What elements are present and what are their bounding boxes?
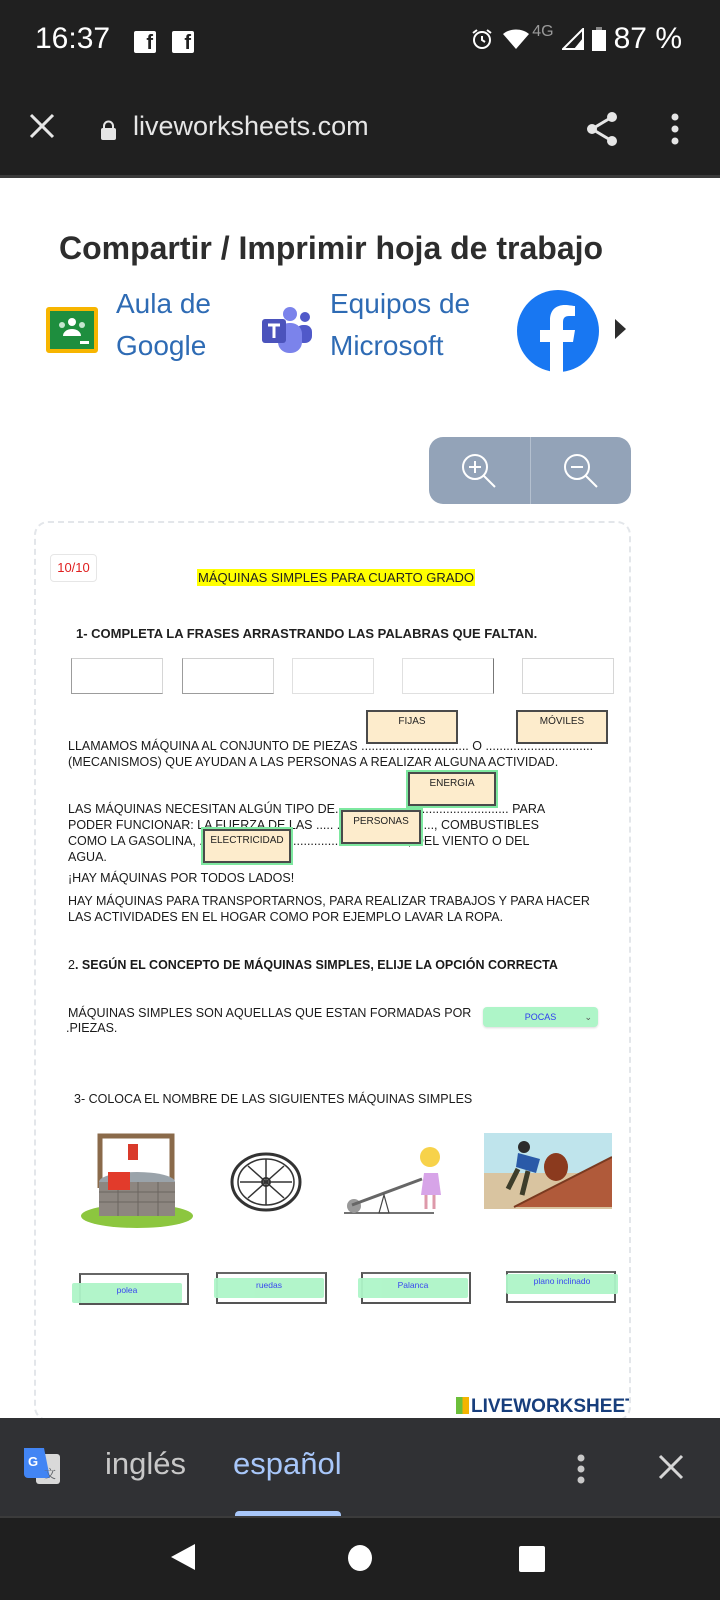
url-text[interactable]: liveworksheets.com	[133, 111, 369, 142]
liveworksheets-logo: LIVEWORKSHEET	[456, 1396, 631, 1418]
q2-number: 2	[68, 958, 75, 972]
browser-toolbar: liveworksheets.com	[0, 84, 720, 178]
word-chip-personas[interactable]: PERSONAS	[341, 810, 421, 844]
google-classroom-icon	[46, 307, 98, 353]
lever-image	[344, 1143, 449, 1218]
android-navigation-bar	[0, 1516, 720, 1600]
drop-slot[interactable]	[292, 658, 374, 694]
q1-paragraph-4-line-2: LAS ACTIVIDADES EN EL HOGAR COMO POR EJE…	[68, 909, 503, 925]
share-title: Compartir / Imprimir hoja de trabajo	[0, 230, 662, 267]
scroll-right-arrow-icon[interactable]	[615, 319, 626, 339]
q1-paragraph-2-line-3: COMO LA GASOLINA, ......................…	[68, 833, 529, 849]
source-language-tab[interactable]: inglés	[105, 1446, 186, 1482]
question-2-heading: 2. SEGÚN EL CONCEPTO DE MÁQUINAS SIMPLES…	[68, 957, 558, 973]
q2-sentence-line-1: MÁQUINAS SIMPLES SON AQUELLAS QUE ESTAN …	[68, 1005, 471, 1021]
zoom-in-button[interactable]	[429, 437, 530, 504]
microsoft-teams-icon	[262, 305, 314, 355]
google-classroom-label-2[interactable]: Google	[116, 325, 206, 367]
word-chip-electricidad[interactable]: ELECTRICIDAD	[203, 829, 291, 863]
facebook-share-button[interactable]	[517, 290, 599, 372]
drop-slot[interactable]	[402, 658, 494, 694]
zoom-out-icon	[561, 451, 601, 491]
liveworksheets-logo-icon	[456, 1397, 469, 1414]
q1-paragraph-1-line-2: (MECANISMOS) QUE AYUDAN A LAS PERSONAS A…	[68, 754, 558, 770]
status-icons: 4G 87 %	[470, 22, 682, 56]
network-type: 4G	[532, 23, 553, 41]
drop-slot[interactable]	[522, 658, 614, 694]
more-options-icon[interactable]	[670, 112, 680, 146]
answer-plano-inclinado[interactable]: plano inclinado	[506, 1274, 618, 1294]
zoom-in-icon	[459, 451, 499, 491]
battery-icon	[592, 27, 606, 51]
question-3-heading: 3- COLOCA EL NOMBRE DE LAS SIGUIENTES MÁ…	[74, 1091, 472, 1107]
battery-percent: 87 %	[614, 22, 682, 56]
question-1-heading: 1- COMPLETA LA FRASES ARRASTRANDO LAS PA…	[76, 626, 537, 641]
inclined-plane-image	[484, 1133, 612, 1209]
answer-polea[interactable]: polea	[72, 1283, 182, 1303]
liveworksheets-logo-text: LIVEWORKSHEET	[471, 1396, 631, 1417]
target-language-tab[interactable]: español	[233, 1446, 342, 1482]
alarm-icon	[470, 27, 494, 51]
q1-paragraph-2-line-4: AGUA.	[68, 849, 107, 865]
q1-paragraph-2-line-2: PODER FUNCIONAR: LA FUERZA DE LAS ..... …	[68, 817, 539, 833]
worksheet-title: MÁQUINAS SIMPLES PARA CUARTO GRADO	[36, 570, 631, 585]
svg-text:G: G	[28, 1454, 38, 1469]
share-icon[interactable]	[584, 110, 620, 148]
status-bar: 16:37 f f 4G 87 %	[0, 0, 720, 84]
word-chip-energia[interactable]: ENERGIA	[408, 772, 496, 806]
close-icon[interactable]	[656, 1452, 686, 1482]
chevron-down-icon: ⌄	[584, 1007, 592, 1027]
answer-palanca[interactable]: Palanca	[358, 1278, 468, 1298]
screen: 16:37 f f 4G 87 % liveworksheets.com Com…	[0, 0, 720, 1600]
wheel-image	[226, 1147, 306, 1217]
q1-paragraph-3: ¡HAY MÁQUINAS POR TODOS LADOS!	[68, 870, 294, 886]
lock-icon	[100, 120, 117, 140]
answer-dropdown[interactable]: POCAS⌄	[483, 1007, 598, 1027]
home-icon[interactable]	[348, 1545, 372, 1571]
q1-paragraph-1-line-1: LLAMAMOS MÁQUINA AL CONJUNTO DE PIEZAS .…	[68, 738, 593, 754]
wifi-icon	[502, 27, 530, 51]
more-options-icon[interactable]	[576, 1454, 586, 1484]
q2-sentence-line-2: .PIEZAS.	[66, 1020, 117, 1036]
dropdown-selected-value: POCAS	[525, 1012, 557, 1022]
recent-apps-icon[interactable]	[519, 1546, 545, 1572]
svg-text:文: 文	[44, 1467, 56, 1481]
drop-slot[interactable]	[182, 658, 274, 694]
worksheet-title-text: MÁQUINAS SIMPLES PARA CUARTO GRADO	[197, 569, 475, 586]
worksheet-zoom-controls	[429, 437, 631, 504]
word-chip-moviles[interactable]: MÓVILES	[516, 710, 608, 744]
status-time: 16:37	[35, 22, 110, 56]
q2-heading-text: . SEGÚN EL CONCEPTO DE MÁQUINAS SIMPLES,…	[75, 958, 558, 972]
facebook-notification-icon: f	[134, 31, 156, 53]
google-classroom-label-1[interactable]: Aula de	[116, 283, 211, 325]
facebook-icon	[517, 290, 599, 372]
zoom-out-button[interactable]	[530, 437, 632, 504]
back-icon[interactable]	[171, 1544, 195, 1570]
drop-slot[interactable]	[71, 658, 163, 694]
well-pulley-image	[78, 1128, 196, 1228]
microsoft-teams-label-1[interactable]: Equipos de	[330, 283, 470, 325]
signal-icon	[562, 28, 584, 50]
word-chip-fijas[interactable]: FIJAS	[366, 710, 458, 744]
facebook-notification-icon: f	[172, 31, 194, 53]
worksheet: 10/10 MÁQUINAS SIMPLES PARA CUARTO GRADO…	[34, 521, 631, 1421]
close-icon[interactable]	[26, 110, 58, 142]
google-translate-bar: G文 inglés español	[0, 1418, 720, 1516]
q1-paragraph-4-line-1: HAY MÁQUINAS PARA TRANSPORTARNOS, PARA R…	[68, 893, 590, 909]
microsoft-teams-label-2[interactable]: Microsoft	[330, 325, 444, 367]
share-options: Aula de Google Equipos de Microsoft	[0, 287, 720, 377]
google-translate-icon: G文	[22, 1446, 62, 1486]
answer-ruedas[interactable]: ruedas	[214, 1278, 324, 1298]
